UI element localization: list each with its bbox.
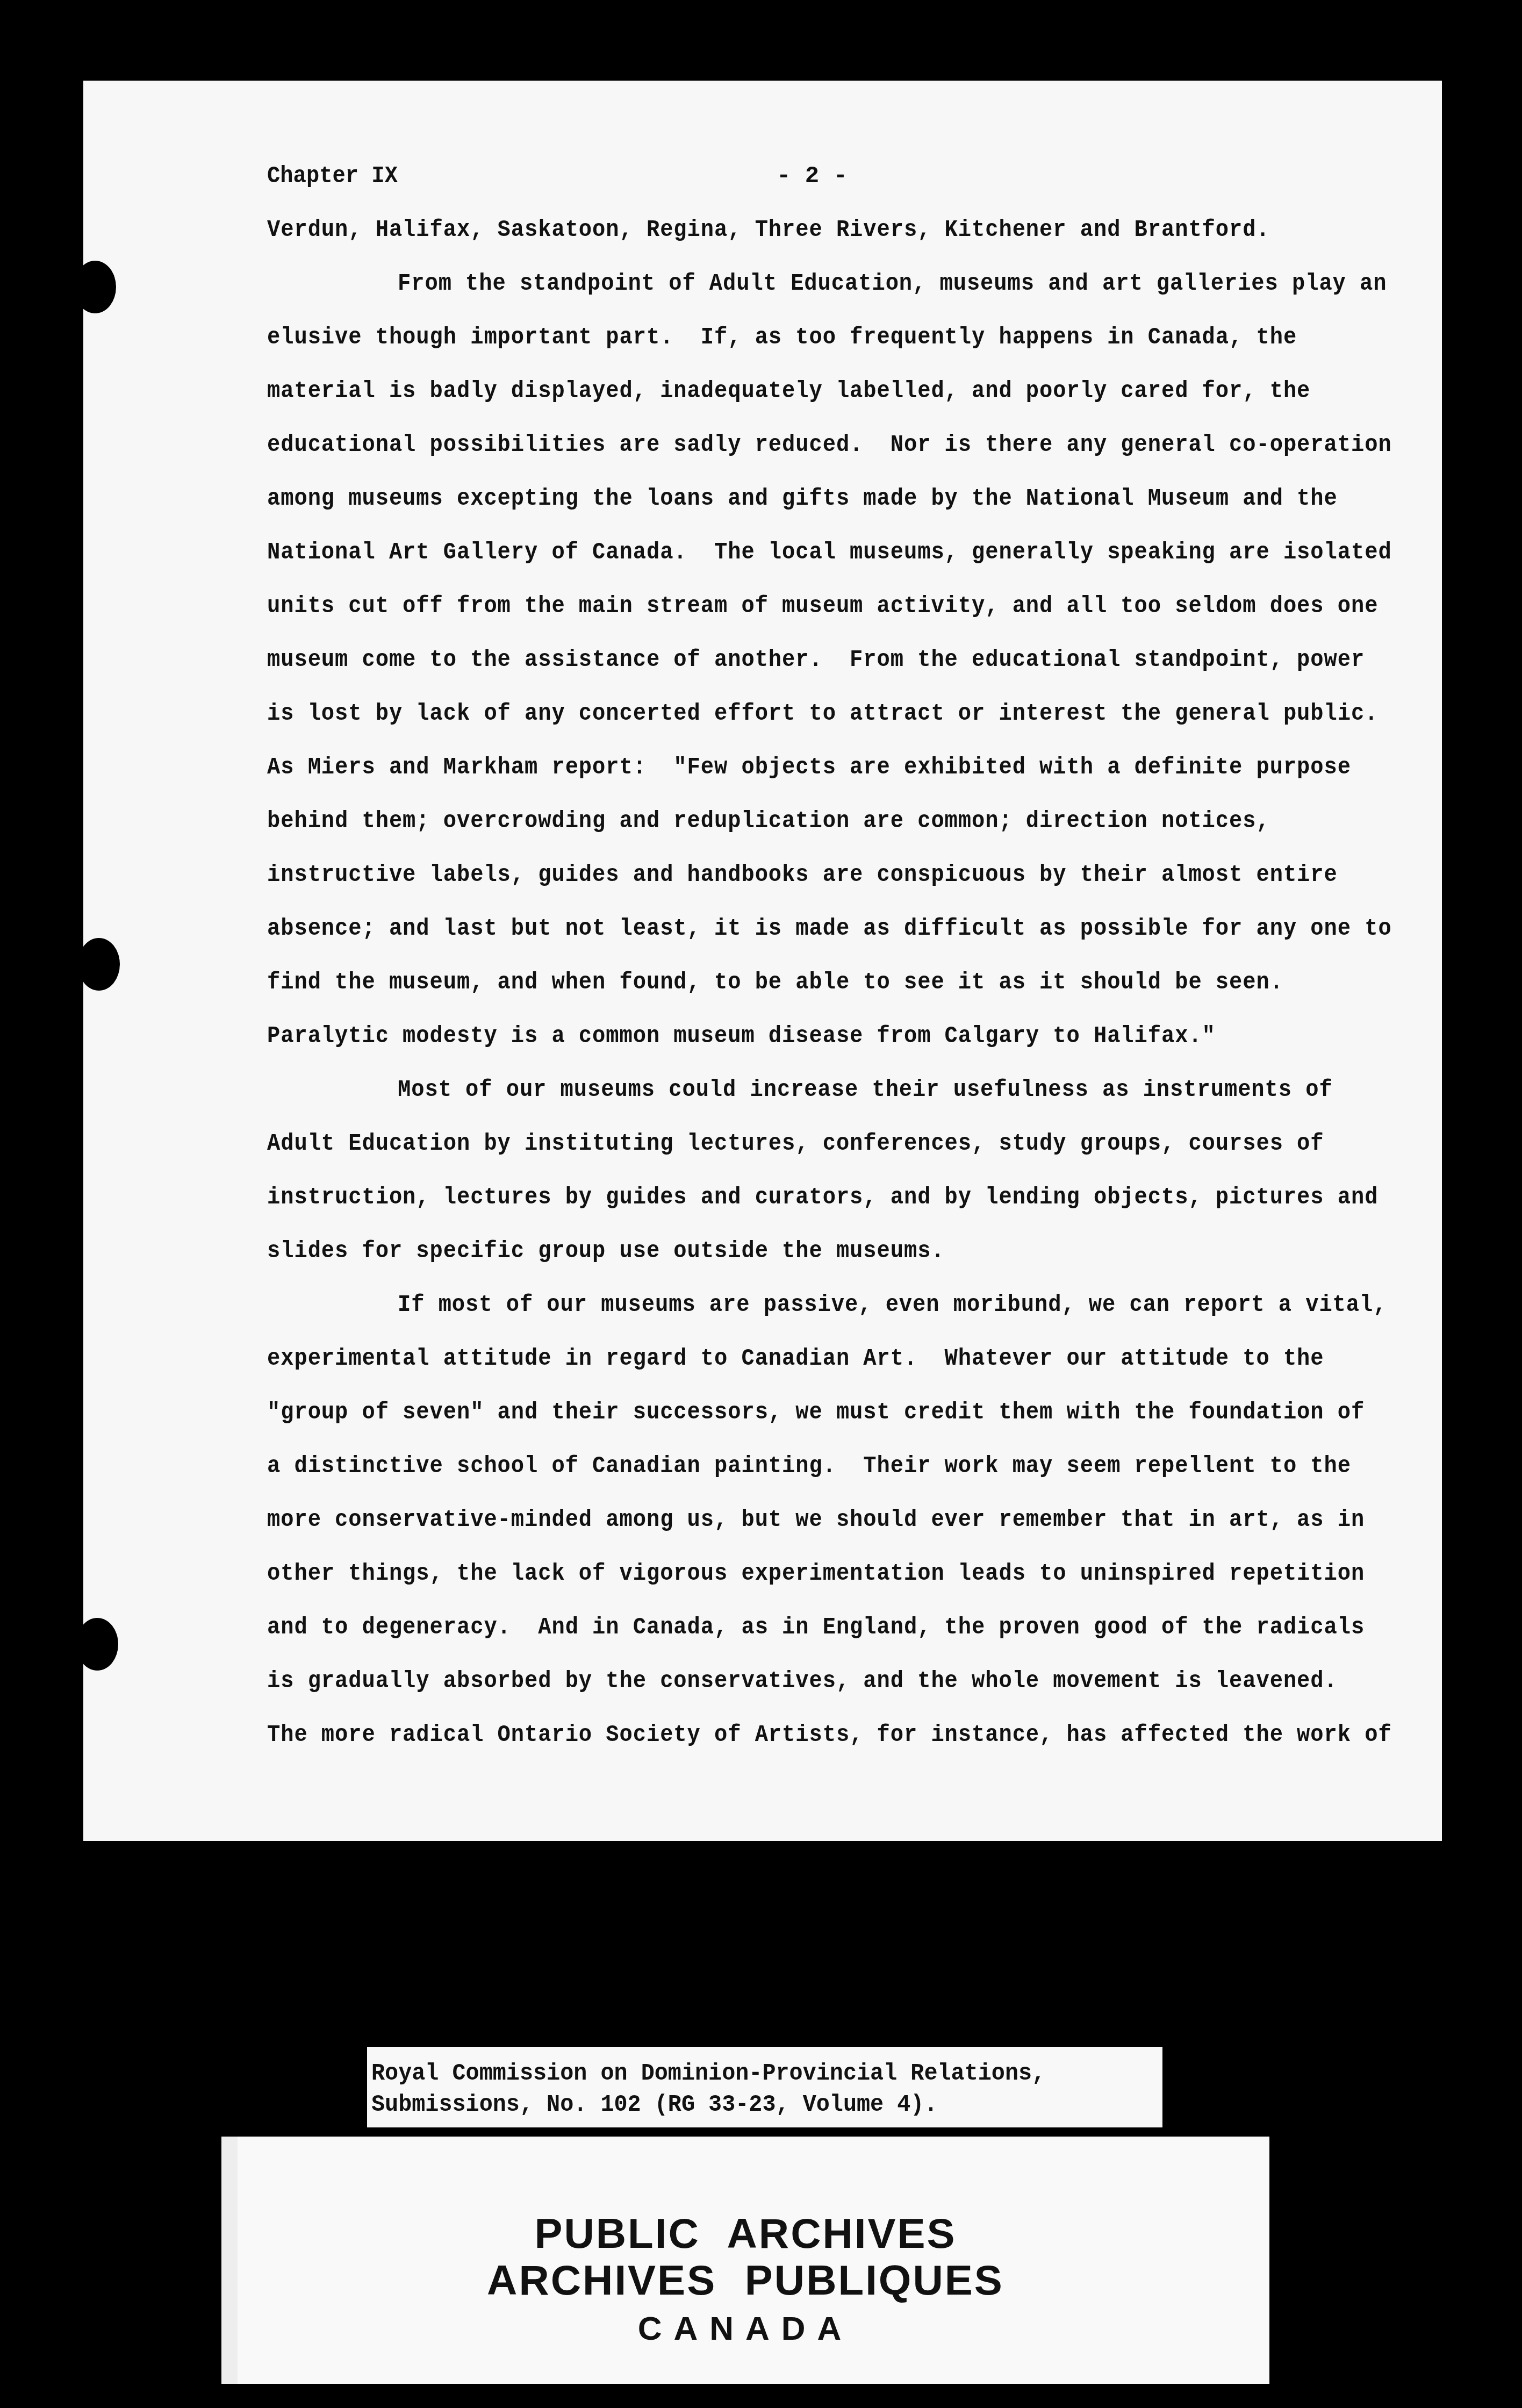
citation-label: Royal Commission on Dominion-Provincial … (367, 2047, 1162, 2127)
punch-hole-top (74, 261, 116, 313)
text-line: is lost by lack of any concerted effort … (267, 698, 1378, 730)
text-line: "group of seven" and their successors, w… (267, 1396, 1365, 1429)
text-line: As Miers and Markham report: "Few object… (267, 751, 1351, 784)
text-line: find the museum, and when found, to be a… (267, 966, 1283, 999)
typewritten-page: Chapter IX - 2 - Verdun, Halifax, Saskat… (83, 81, 1442, 1841)
text-line: material is badly displayed, inadequatel… (267, 375, 1310, 407)
text-line: among museums excepting the loans and gi… (267, 483, 1338, 515)
text-line: more conservative-minded among us, but w… (267, 1504, 1365, 1536)
text-line: instruction, lectures by guides and cura… (267, 1181, 1378, 1214)
text-line: absence; and last but not least, it is m… (267, 913, 1392, 945)
text-line: The more radical Ontario Society of Arti… (267, 1719, 1392, 1751)
paragraph-start-line: If most of our museums are passive, even… (398, 1289, 1387, 1321)
text-line: Verdun, Halifax, Saskatoon, Regina, Thre… (267, 214, 1270, 246)
text-line: and to degeneracy. And in Canada, as in … (267, 1611, 1365, 1644)
punch-hole-bottom (76, 1618, 118, 1671)
archive-title-french: ARCHIVES PUBLIQUES (221, 2256, 1269, 2305)
text-line: museum come to the assistance of another… (267, 644, 1365, 676)
chapter-heading: Chapter IX (267, 160, 398, 192)
page-number: - 2 - (777, 160, 848, 192)
text-line: units cut off from the main stream of mu… (267, 590, 1378, 622)
text-line: elusive though important part. If, as to… (267, 321, 1297, 354)
archive-country: CANADA (221, 2310, 1269, 2348)
text-line: other things, the lack of vigorous exper… (267, 1558, 1365, 1590)
text-line: Adult Education by instituting lectures,… (267, 1128, 1324, 1160)
text-line: educational possibilities are sadly redu… (267, 429, 1392, 461)
text-line: slides for specific group use outside th… (267, 1235, 945, 1267)
archive-title-english: PUBLIC ARCHIVES (221, 2209, 1269, 2258)
punch-hole-middle (78, 938, 120, 991)
paragraph-start-line: Most of our museums could increase their… (398, 1074, 1333, 1106)
citation-line-1: Royal Commission on Dominion-Provincial … (371, 2059, 1045, 2089)
text-line: instructive labels, guides and handbooks… (267, 859, 1338, 891)
text-line: Paralytic modesty is a common museum dis… (267, 1020, 1216, 1052)
text-line: National Art Gallery of Canada. The loca… (267, 536, 1392, 569)
archive-stamp-card: PUBLIC ARCHIVES ARCHIVES PUBLIQUES CANAD… (221, 2137, 1269, 2384)
citation-line-2: Submissions, No. 102 (RG 33-23, Volume 4… (371, 2090, 938, 2120)
text-line: is gradually absorbed by the conservativ… (267, 1665, 1338, 1697)
text-line: behind them; overcrowding and reduplicat… (267, 805, 1270, 837)
text-line: a distinctive school of Canadian paintin… (267, 1450, 1351, 1482)
paragraph-start-line: From the standpoint of Adult Education, … (398, 268, 1387, 300)
text-line: experimental attitude in regard to Canad… (267, 1343, 1324, 1375)
